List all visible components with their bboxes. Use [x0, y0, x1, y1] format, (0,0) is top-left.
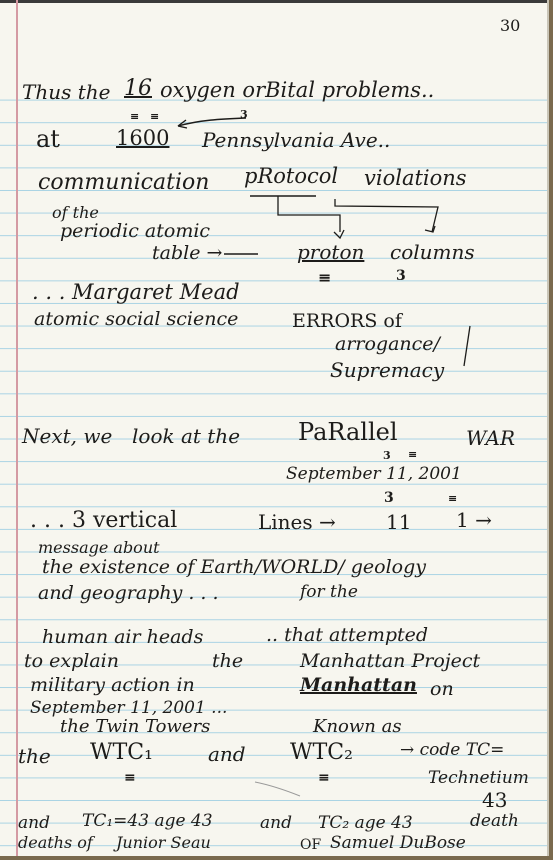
line-19-date: September 11, 2001 ...	[30, 700, 227, 717]
header-area	[0, 0, 549, 79]
triple-bar-mark: ≡	[318, 268, 331, 287]
line-16-human: human air heads	[42, 628, 203, 647]
triple-bar-mark: ≡	[124, 770, 136, 786]
line-18-manhattan: Manhattan	[300, 676, 417, 695]
page-right-edge	[547, 0, 549, 856]
three-mark: 3	[396, 268, 406, 284]
line-17-the: the	[212, 652, 243, 671]
triple-bar-mark: ≡	[150, 110, 159, 123]
line-22-technetium: Technetium	[428, 770, 529, 787]
line-9-supremacy: Supremacy	[330, 360, 444, 380]
line-24-tc2: TC₂ age 43	[318, 815, 413, 832]
line-18-military: military action in	[30, 676, 195, 695]
line-21-the: the	[18, 746, 51, 766]
line-1-rest: oxygen orBital problems..	[160, 80, 434, 101]
line-12-eleven: 11	[386, 512, 411, 532]
line-17-explain: to explain	[24, 652, 119, 671]
line-11-date: September 11, 2001	[286, 466, 462, 483]
line-5-table: table →	[152, 244, 222, 263]
line-20-twin-towers: the Twin Towers	[60, 718, 210, 736]
line-25-of: OF	[300, 838, 321, 852]
line-8-arrogance: arrogance/	[335, 335, 440, 354]
line-17-manhattan-project: Manhattan Project	[300, 652, 480, 671]
line-24-death: death	[470, 813, 519, 830]
three-mark: 3	[384, 490, 394, 506]
line-3-text: communication	[38, 172, 209, 194]
line-1-text: Thus the	[22, 82, 110, 102]
line-15-geography: and geography . . .	[38, 584, 219, 603]
line-1-number: 16	[124, 78, 152, 100]
line-3-protocol: pRotocol	[244, 166, 338, 187]
line-20-known-as: Known as	[313, 718, 402, 736]
line-23-43: 43	[482, 790, 507, 810]
notebook-page: 30 Thus the 16 oxygen orBital problems..…	[0, 0, 549, 856]
line-2-at: at	[36, 127, 60, 151]
line-2-number: 1600	[116, 128, 169, 149]
line-2-rest: Pennsylvania Ave..	[202, 130, 390, 150]
line-21-code: → code TC=	[400, 742, 504, 759]
page-number: 30	[500, 18, 520, 34]
line-7-errors: ERRORS of	[292, 312, 402, 331]
line-3-violations: violations	[364, 168, 467, 189]
line-12-lines: Lines →	[258, 512, 336, 532]
three-mark: 3	[383, 449, 391, 462]
line-5-proton: proton	[297, 242, 364, 262]
line-25-deaths-of: deaths of	[18, 835, 93, 851]
line-10-war: WAR	[466, 428, 515, 448]
line-25-dubose: Samuel DuBose	[330, 835, 466, 852]
line-10-next: Next, we	[22, 426, 112, 446]
line-16-attempted: .. that attempted	[266, 626, 428, 645]
line-7-social-science: atomic social science	[34, 310, 238, 329]
line-24-tc1: TC₁=43 age 43	[82, 813, 213, 830]
line-21-wtc1: WTC₁	[90, 742, 153, 764]
line-13-message: message about	[38, 540, 160, 556]
line-14-existence: the existence of Earth/WORLD/ geology	[42, 558, 426, 577]
three-mark: 3	[240, 108, 248, 121]
line-15-for-the: for the	[300, 584, 358, 601]
line-25-junior-seau: Junior Seau	[116, 835, 211, 851]
line-4-of-the: of the	[52, 205, 99, 221]
triple-bar-mark: ≡	[408, 448, 417, 461]
line-21-wtc2: WTC₂	[290, 742, 353, 764]
line-12-vertical: . . . 3 vertical	[30, 510, 177, 532]
line-18-on: on	[430, 680, 454, 699]
triple-bar-mark: ≡	[318, 770, 330, 786]
line-24-and: and	[18, 815, 50, 832]
line-12-one: 1 →	[456, 510, 492, 530]
line-10-parallel: PaRallel	[298, 420, 398, 444]
triple-bar-mark: ≡	[130, 110, 139, 123]
triple-bar-mark: ≡	[448, 492, 457, 505]
line-4-periodic: periodic atomic	[60, 222, 210, 241]
line-6-margaret-mead: . . . Margaret Mead	[32, 282, 240, 303]
line-21-and: and	[208, 744, 246, 764]
red-margin-line	[16, 0, 18, 856]
page-top-edge	[0, 0, 549, 3]
line-5-columns: columns	[390, 242, 475, 262]
line-24-and-2: and	[260, 815, 292, 832]
line-10-look: look at the	[132, 426, 240, 446]
